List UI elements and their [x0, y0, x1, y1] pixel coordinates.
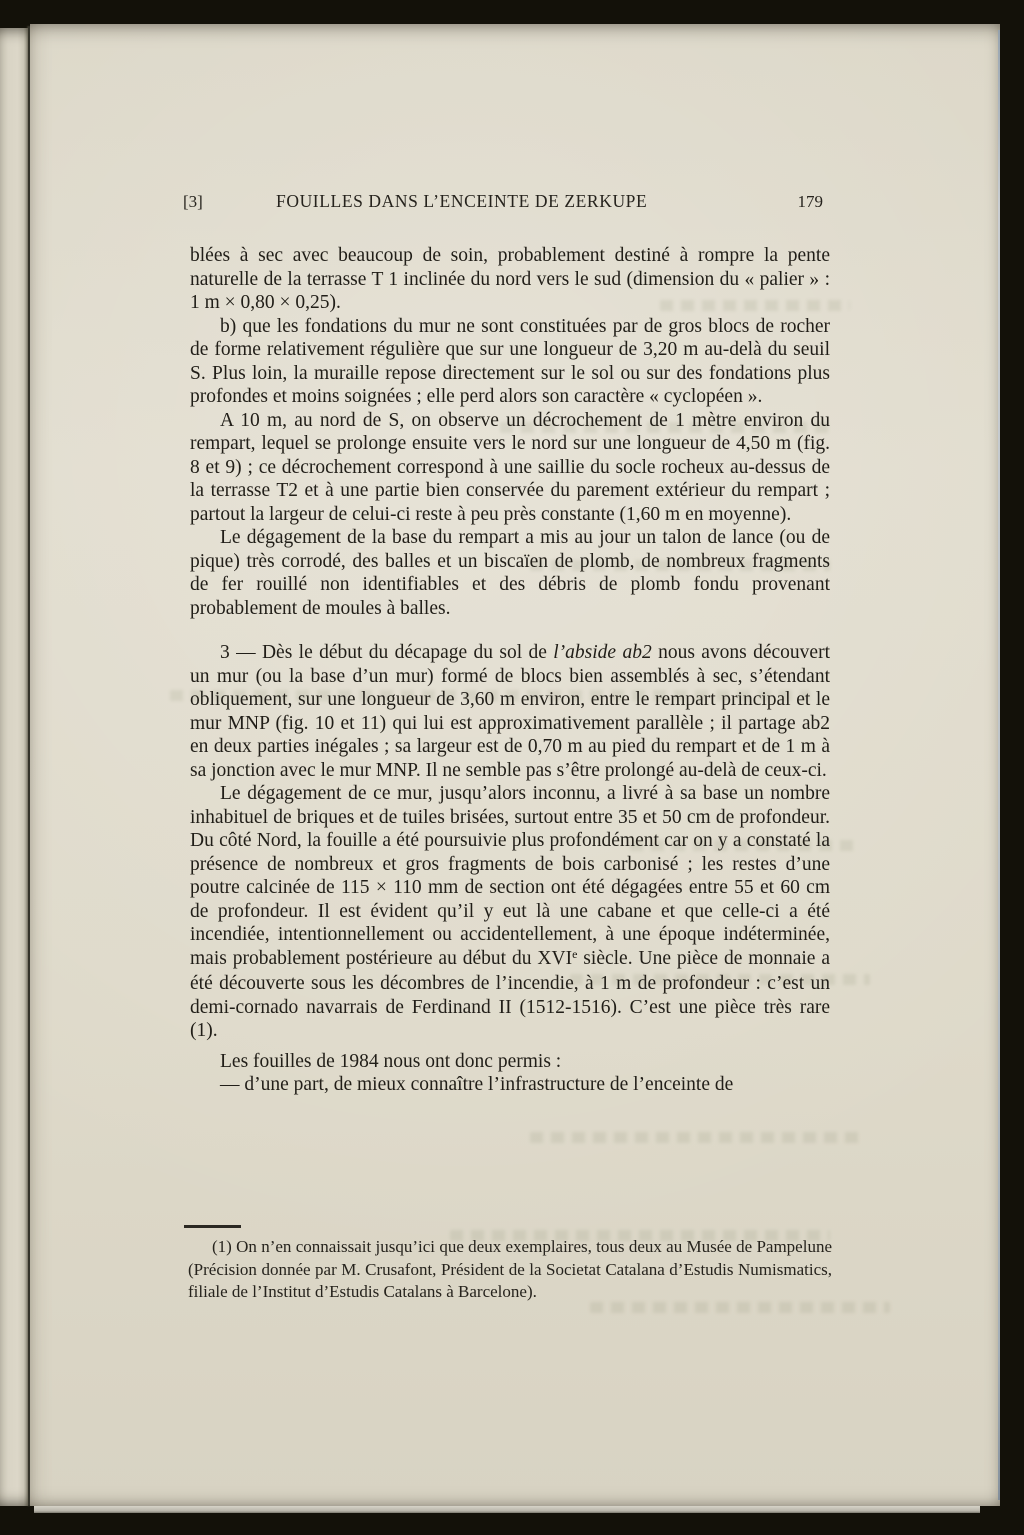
body-paragraph-8: — d’une part, de mieux connaître l’infra…	[190, 1073, 830, 1097]
body-paragraph-4: Le dégagement de la base du rempart a mi…	[190, 526, 830, 620]
paragraph-text: Le dégagement de ce mur, jusqu’alors inc…	[190, 783, 830, 969]
running-title: FOUILLES DANS L’ENCEINTE DE ZERKUPE	[276, 191, 647, 212]
body-paragraph-7: Les fouilles de 1984 nous ont donc permi…	[190, 1050, 830, 1074]
body-paragraph-6: Le dégagement de ce mur, jusqu’alors inc…	[190, 782, 830, 1043]
footnote-block: (1) On n’en connaissait jusqu’ici que de…	[188, 1236, 832, 1304]
footnote-separator-rule	[184, 1225, 241, 1228]
body-paragraph-1: blées à sec avec beaucoup de soin, proba…	[190, 244, 830, 315]
superscript-ordinal: e	[572, 947, 577, 961]
book-scan: [3] FOUILLES DANS L’ENCEINTE DE ZERKUPE …	[0, 0, 1024, 1535]
body-paragraph-5: 3 — Dès le début du décapage du sol de l…	[190, 641, 830, 782]
italic-phrase: l’abside ab2	[553, 642, 651, 663]
folio-mark: [3]	[183, 192, 203, 212]
bleedthrough-artifact	[590, 1302, 890, 1313]
body-text-column: blées à sec avec beaucoup de soin, proba…	[190, 244, 830, 1097]
body-paragraph-3: A 10 m, au nord de S, on observe un décr…	[190, 409, 830, 527]
body-paragraph-2: b) que les fondations du mur ne sont con…	[190, 315, 830, 409]
book-page: [3] FOUILLES DANS L’ENCEINTE DE ZERKUPE …	[30, 24, 1000, 1506]
bleedthrough-artifact	[530, 1132, 860, 1143]
book-gutter-page-edge	[0, 28, 28, 1506]
paragraph-text: 3 — Dès le début du décapage du sol de	[220, 642, 553, 663]
page-edge-highlight	[998, 30, 1000, 1500]
footnote-text: (1) On n’en connaissait jusqu’ici que de…	[188, 1236, 832, 1304]
page-stack-edge	[34, 1506, 980, 1513]
page-number: 179	[798, 192, 824, 212]
